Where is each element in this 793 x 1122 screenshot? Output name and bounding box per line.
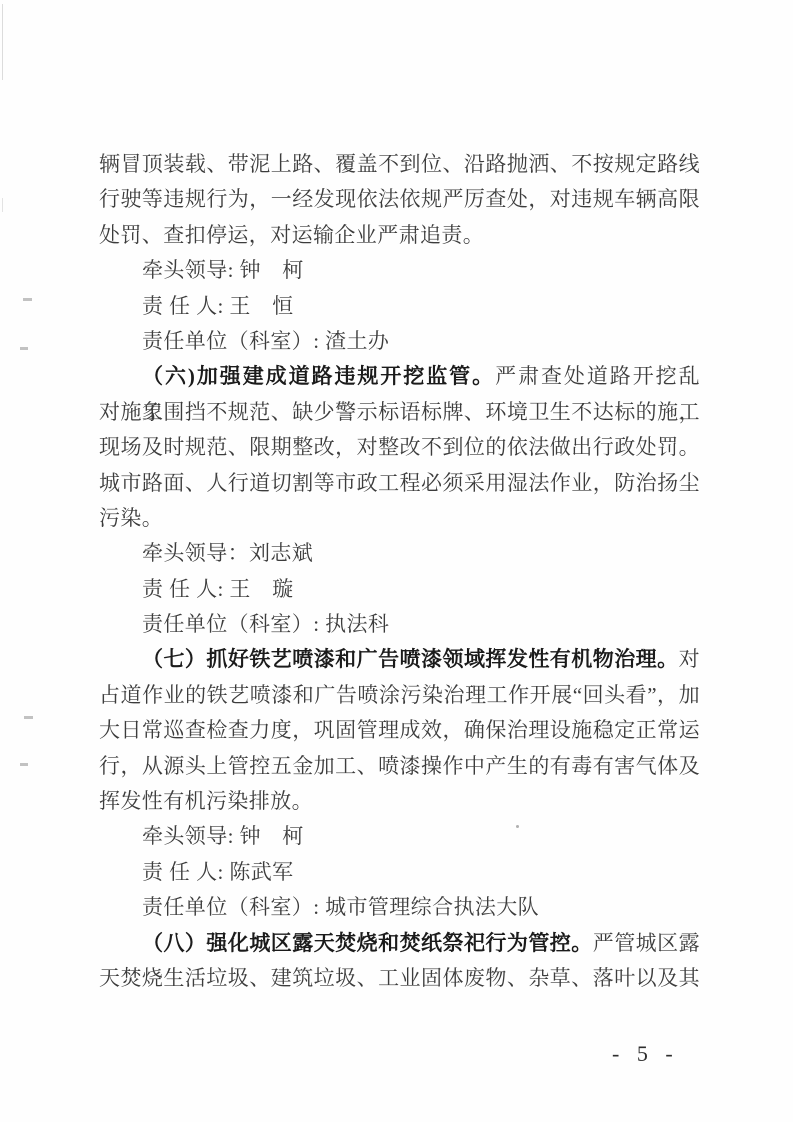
section-heading-bold: （七）抓好铁艺喷漆和广告喷漆领域挥发性有机物治理。 xyxy=(142,647,679,671)
section-heading-bold: （八）强化城区露天焚烧和焚纸祭祀行为管控。 xyxy=(142,931,593,955)
text-line: 天焚烧生活垃圾、建筑垃圾、工业固体废物、杂草、落叶以及其 xyxy=(99,961,700,996)
text-line: 城市路面、人行道切割等市政工程必须采用湿法作业，防治扬尘 xyxy=(99,466,700,501)
section-heading-bold: （六)加强建成道路违规开挖监管。 xyxy=(142,364,495,388)
page-number: - 5 - xyxy=(612,1041,732,1067)
responsible-person-line: 责 任 人: 王 恒 xyxy=(99,289,700,324)
responsible-unit-line: 责任单位（科室）: 渣土办 xyxy=(99,324,700,359)
lead-leader-line: 牵头领导: 钟 柯 xyxy=(99,253,700,288)
scan-edge-line xyxy=(2,198,3,212)
text-line: 行驶等违规行为，一经发现依法依规严厉查处，对违规车辆高限 xyxy=(99,182,700,217)
text-line: 大日常巡查检查力度，巩固管理成效，确保治理设施稳定正常运 xyxy=(99,713,700,748)
text-line: 处罚、查扣停运，对运输企业严肃追责。 xyxy=(99,218,700,253)
responsible-unit-line: 责任单位（科室）: 执法科 xyxy=(99,607,700,642)
scan-mark xyxy=(24,716,33,719)
section-heading-7: （七）抓好铁艺喷漆和广告喷漆领域挥发性有机物治理。对 xyxy=(99,642,700,677)
section-body-text: 严管城区露 xyxy=(593,931,700,955)
section-heading-6: （六)加强建成道路违规开挖监管。严肃查处道路开挖乱象， xyxy=(99,359,700,394)
document-page: 辆冒顶装载、带泥上路、覆盖不到位、沿路抛洒、不按规定路线 行驶等违规行为，一经发… xyxy=(0,0,793,1122)
text-line: 污染。 xyxy=(99,501,700,536)
scan-mark xyxy=(23,298,32,301)
document-text-block: 辆冒顶装载、带泥上路、覆盖不到位、沿路抛洒、不按规定路线 行驶等违规行为，一经发… xyxy=(99,147,700,996)
responsible-unit-line: 责任单位（科室）: 城市管理综合执法大队 xyxy=(99,890,700,925)
text-line: 对施工围挡不规范、缺少警示标语标牌、环境卫生不达标的施工 xyxy=(99,395,700,430)
scan-mark xyxy=(20,347,28,350)
text-line: 占道作业的铁艺喷漆和广告喷涂污染治理工作开展“回头看”，加 xyxy=(99,678,700,713)
text-line: 挥发性有机污染排放。 xyxy=(99,784,700,819)
lead-leader-line: 牵头领导: 钟 柯 xyxy=(99,819,700,854)
scan-edge-line xyxy=(2,4,3,80)
text-line: 现场及时规范、限期整改，对整改不到位的依法做出行政处罚。 xyxy=(99,430,700,465)
section-body-text: 对 xyxy=(679,647,700,671)
text-line: 行，从源头上管控五金加工、喷漆操作中产生的有毒有害气体及 xyxy=(99,749,700,784)
responsible-person-line: 责 任 人: 王 璇 xyxy=(99,572,700,607)
section-heading-8: （八）强化城区露天焚烧和焚纸祭祀行为管控。严管城区露 xyxy=(99,926,700,961)
text-line: 辆冒顶装载、带泥上路、覆盖不到位、沿路抛洒、不按规定路线 xyxy=(99,147,700,182)
lead-leader-line: 牵头领导：刘志斌 xyxy=(99,536,700,571)
scan-mark xyxy=(20,763,28,766)
responsible-person-line: 责 任 人: 陈武军 xyxy=(99,855,700,890)
